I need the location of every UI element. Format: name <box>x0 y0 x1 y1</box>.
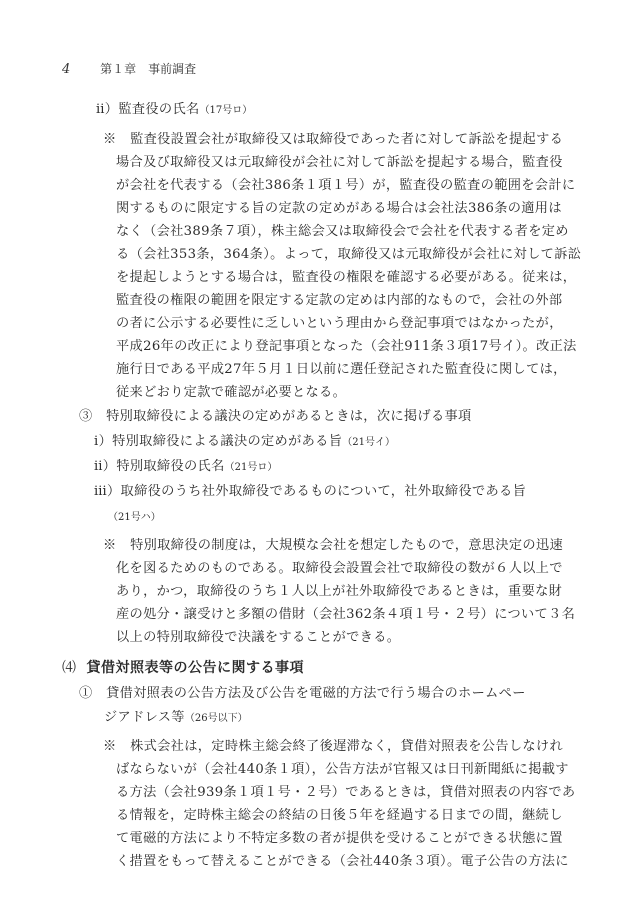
section-title: 貸借対照表等の公告に関する事項 <box>87 660 305 676</box>
item-balance-sheet-line1: ① 貸借対照表の公告方法及び公告を電磁的方法で行う場合のホームペー <box>79 686 526 702</box>
note-line: く措置をもって替えることができる（会社440条３項）。電子公告の方法に <box>116 854 569 870</box>
item-special-directors-i: ⅰ）特別取締役による議決の定めがある旨（21号イ） <box>94 434 395 451</box>
item-ref: （17号ロ） <box>200 105 253 116</box>
note-line: 以上の特別取締役で決議をすることができる。 <box>116 630 400 646</box>
note-line: て電磁的方法により不特定多数の者が提供を受けることができる状態に置 <box>116 831 563 847</box>
note-line: 化を図るためのものである。取締役会設置会社で取締役の数が６人以上で <box>116 561 563 577</box>
note-line: る情報を，定時株主総会の終結の日後５年を経過する日までの間，継続し <box>116 808 563 824</box>
note-line: ※ 監査役設置会社が取締役又は取締役であった者に対して訴訟を提起する <box>103 132 563 148</box>
item-special-directors-iii: ⅲ）取締役のうち社外取締役であるものについて，社外取締役である旨 <box>94 484 526 500</box>
note-line: 監査役の権限の範囲を限定する定款の定めは内部的なもので，会社の外部 <box>116 293 562 309</box>
item-label: ⅱ）監査役の氏名 <box>96 102 200 117</box>
chapter-title: 第１章 事前調査 <box>100 62 196 76</box>
running-header: 4 第１章 事前調査 <box>62 60 196 77</box>
section-number: ⑷ <box>62 660 77 676</box>
note-line: 施行日である平成27年５月１日以前に選任登記された監査役に関しては， <box>116 362 567 378</box>
section-heading: ⑷貸借対照表等の公告に関する事項 <box>62 660 304 676</box>
note-line: の者に公示する必要性に乏しいという理由から登記事項ではなかったが， <box>116 316 563 332</box>
note-line: ※ 特別取締役の制度は，大規模な会社を想定したもので，意思決定の迅速 <box>103 538 563 554</box>
note-line: あり，かつ，取締役のうち１人以上が社外取締役であるときは，重要な財 <box>116 584 562 600</box>
note-line: ※ 株式会社は，定時株主総会終了後遅滞なく，貸借対照表を公告しなけれ <box>103 739 563 755</box>
item-ref: （21号ロ） <box>225 462 278 473</box>
document-page: 4 第１章 事前調査 ⅱ）監査役の氏名（17号ロ） ※ 監査役設置会社が取締役又… <box>0 0 636 900</box>
item-ref: （21号ハ） <box>108 510 161 526</box>
item-label: ⅱ）特別取締役の氏名 <box>94 459 225 474</box>
item-special-directors: ③ 特別取締役による議決の定めがあるときは，次に掲げる事項 <box>79 409 472 425</box>
note-line: る方法（会社939条１項１号・２号）であるときは，貸借対照表の内容であ <box>116 785 575 801</box>
note-line: ばならないが（会社440条１項），公告方法が官報又は日刊新聞紙に掲載す <box>116 762 569 778</box>
note-line: る（会社353条，364条）。よって，取締役又は元取締役が会社に対して訴訟 <box>116 247 581 263</box>
item-label: ⅰ）特別取締役による議決の定めがある旨 <box>94 434 342 449</box>
note-line: が会社を代表する（会社386条１項１号）が，監査役の監査の範囲を会計に <box>116 178 575 194</box>
note-line: 従来どおり定款で確認が必要となる。 <box>116 385 346 401</box>
item-special-directors-ii: ⅱ）特別取締役の氏名（21号ロ） <box>94 459 277 476</box>
item-ref: （26号以下） <box>185 713 248 724</box>
note-line: なく（会社389条７項），株主総会又は取締役会で会社を代表する者を定め <box>116 224 569 240</box>
item-auditor-name: ⅱ）監査役の氏名（17号ロ） <box>96 102 252 119</box>
note-line: 平成26年の改正により登記事項となった（会社911条３項17号イ）。改正法 <box>116 339 577 355</box>
note-line: 産の処分・譲受けと多額の借財（会社362条４項１号・２号）について３名 <box>116 607 575 623</box>
item-ref: （21号イ） <box>342 437 395 448</box>
item-balance-sheet-line2: ジアドレス等（26号以下） <box>104 710 248 727</box>
note-line: 場合及び取締役又は元取締役が会社に対して訴訟を提起する場合，監査役 <box>116 155 563 171</box>
page-number: 4 <box>62 62 70 77</box>
note-line: 関するものに限定する旨の定款の定めがある場合は会社法386条の適用は <box>116 201 562 217</box>
item-label: ジアドレス等 <box>104 710 185 725</box>
note-line: を提起しようとする場合は，監査役の権限を確認する必要がある。従来は， <box>116 270 576 286</box>
